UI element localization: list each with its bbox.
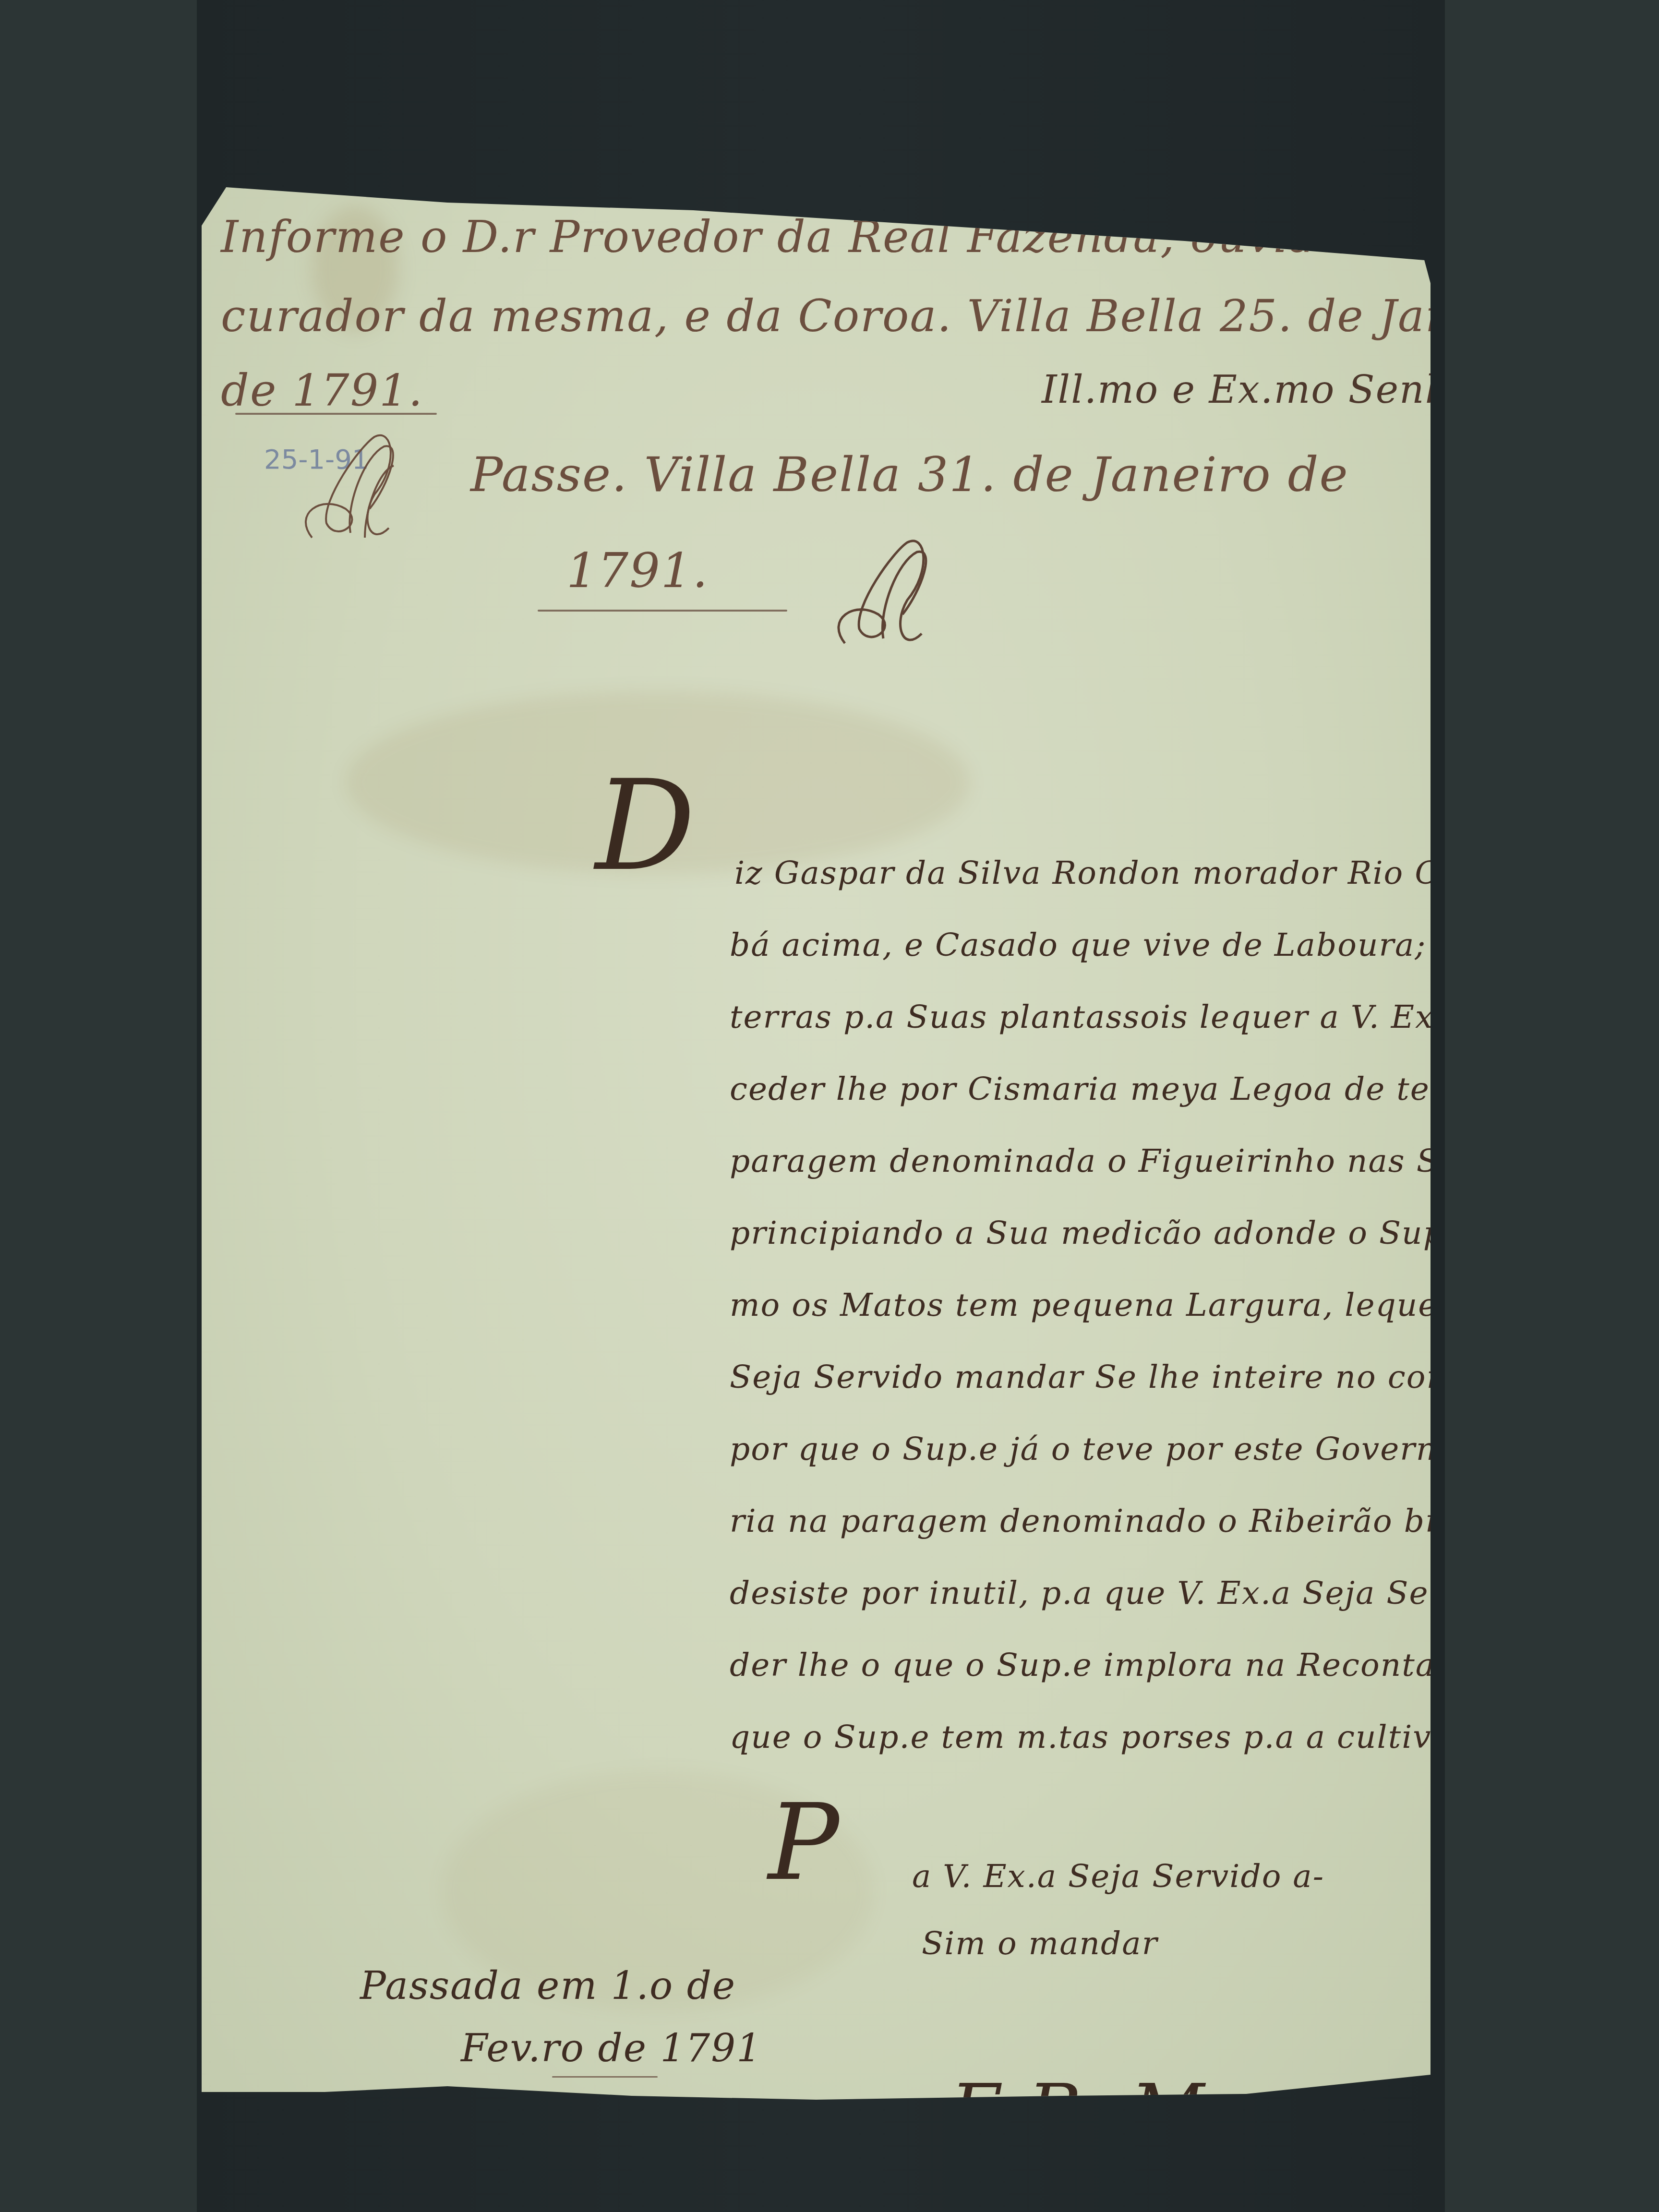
- closing-line: a V. Ex.a Seja Servido a-: [912, 1858, 1324, 1895]
- underline-rule-2: [538, 610, 787, 612]
- rubric-signature-icon-2: [826, 533, 950, 660]
- despacho-line-3: de 1791.: [221, 365, 423, 416]
- rubric-signature-icon: [293, 427, 418, 554]
- scanner-background-left: [0, 0, 202, 2212]
- despacho-line-2: curador da mesma, e da Coroa. Villa Bell…: [221, 290, 1546, 342]
- passe-line-1: Passe. Villa Bella 31. de Janeiro de: [470, 446, 1349, 503]
- closing-drop-cap: P: [768, 1781, 840, 1904]
- underline-rule: [235, 413, 437, 415]
- registry-line-1: Passada em 1.o de: [360, 1963, 736, 2008]
- registry-line-2: Fev.ro de 1791: [461, 2026, 762, 2070]
- manuscript-page: Informe o D.r Provedor da Real Fazenda, …: [202, 187, 1431, 2107]
- petition-drop-cap: D: [595, 754, 696, 899]
- salutation: Ill.mo e Ex.mo Senhor: [1042, 367, 1494, 412]
- closing-line: Sim o mandar: [922, 1925, 1158, 1962]
- scanner-background-right: [1435, 0, 1659, 2212]
- petition-line: iz Gaspar da Silva Rondon morador Rio Cu…: [734, 854, 1512, 891]
- underline-rule-3: [552, 2076, 658, 2078]
- petition-line: que o Sup.e tem m.tas porses p.a a culti…: [730, 1719, 1475, 1755]
- passe-line-2: 1791.: [566, 542, 709, 599]
